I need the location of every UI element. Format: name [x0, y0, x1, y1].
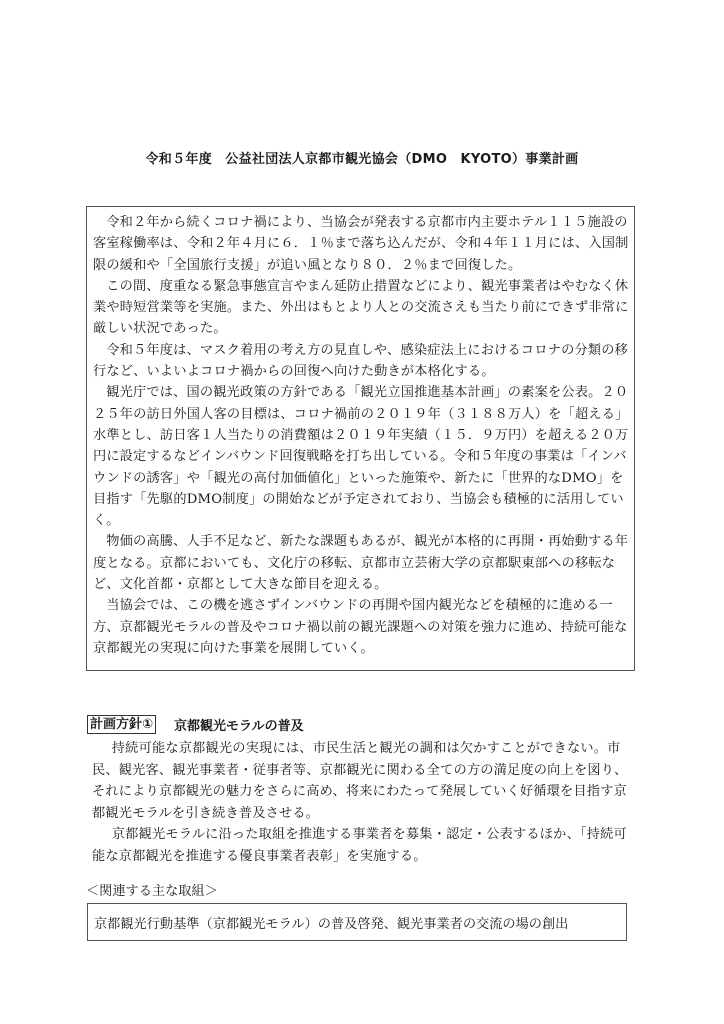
section-title: 京都観光モラルの普及 — [174, 715, 304, 734]
summary-box: 令和２年から続くコロナ禍により、当協会が発表する京都市内主要ホテル１１５施設の客… — [86, 206, 635, 671]
plan-policy-badge: 計画方針① — [87, 715, 156, 734]
section-body: 持続可能な京都観光の実現には、市民生活と観光の調和は欠かすことができない。市民、… — [92, 738, 640, 867]
section-paragraph: 京都観光モラルに沿った取組を推進する事業者を募集・認定・公表するほか、「持続可能… — [92, 824, 640, 867]
related-initiatives-box: 京都観光行動基準（京都観光モラル）の普及啓発、観光事業者の交流の場の創出 — [87, 903, 627, 941]
summary-paragraph: 令和２年から続くコロナ禍により、当協会が発表する京都市内主要ホテル１１５施設の客… — [93, 212, 630, 276]
related-initiatives-label: ＜関連する主な取組＞ — [86, 880, 218, 899]
summary-paragraph: 観光庁では、国の観光政策の方針である「観光立国推進基本計画」の素案を公表。２０２… — [93, 382, 630, 531]
document-title: 令和５年度 公益社団法人京都市観光協会（DMO KYOTO）事業計画 — [0, 148, 724, 167]
section-heading: 計画方針① 京都観光モラルの普及 — [87, 715, 304, 734]
summary-paragraph: 物価の高騰、人手不足など、新たな課題もあるが、観光が本格的に再開・再始動する年度… — [93, 531, 630, 595]
summary-paragraph: 令和５年度は、マスク着用の考え方の見直しや、感染症法上におけるコロナの分類の移行… — [93, 340, 630, 383]
summary-paragraph: 当協会では、この機を逃さずインバウンドの再開や国内観光などを積極的に進める一方、… — [93, 595, 630, 659]
related-initiative-item: 京都観光行動基準（京都観光モラル）の普及啓発、観光事業者の交流の場の創出 — [94, 913, 568, 932]
summary-paragraph: この間、度重なる緊急事態宣言やまん延防止措置などにより、観光事業者はやむなく休業… — [93, 276, 630, 340]
section-paragraph: 持続可能な京都観光の実現には、市民生活と観光の調和は欠かすことができない。市民、… — [92, 738, 640, 824]
